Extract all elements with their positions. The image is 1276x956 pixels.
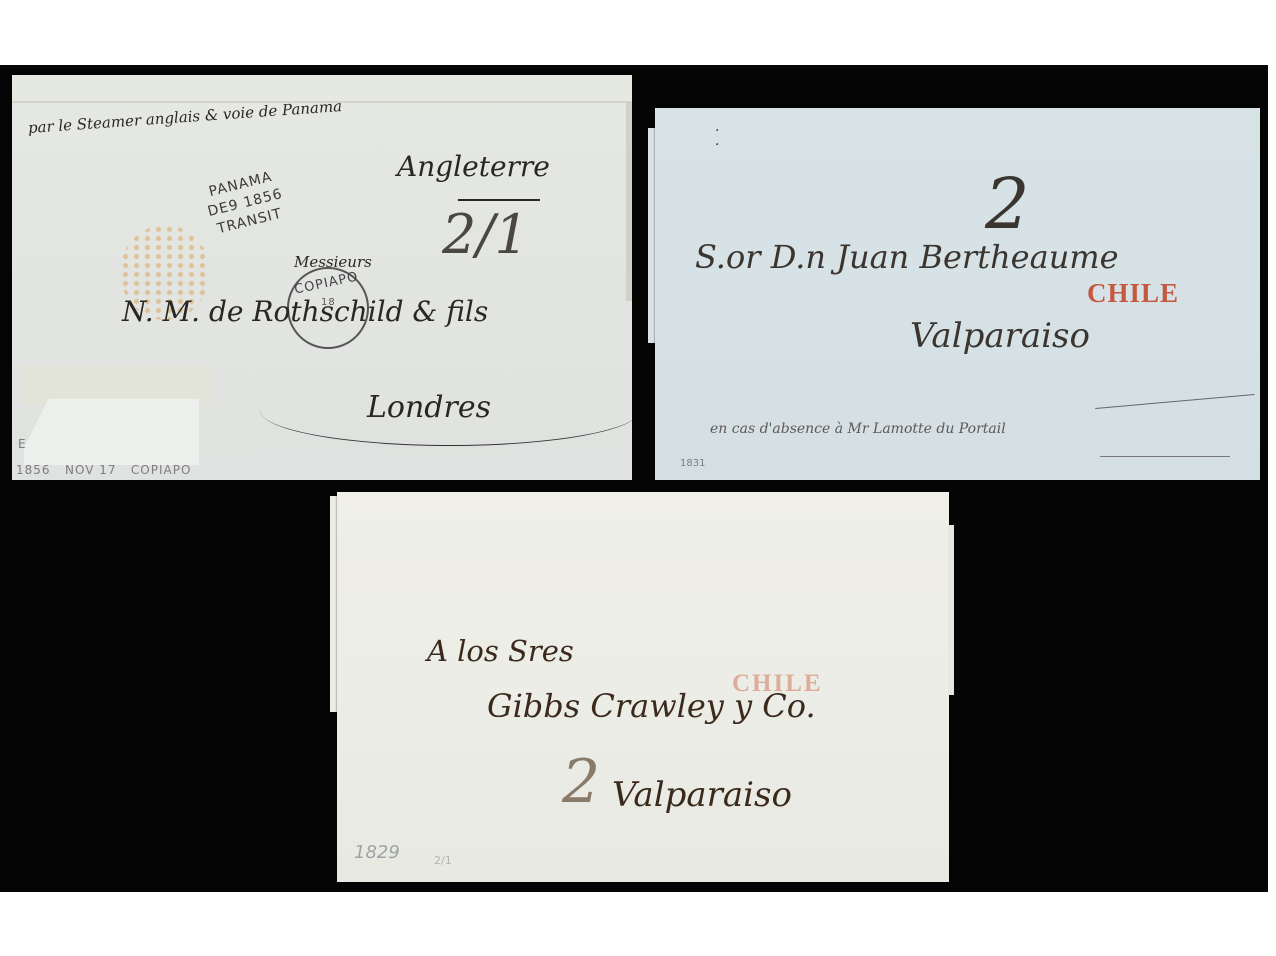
salutation: Messieurs xyxy=(294,253,372,271)
chile-handstamp: CHILE xyxy=(1087,278,1179,309)
care-of-note: en cas d'absence à Mr Lamotte du Portail xyxy=(710,421,1006,437)
underline xyxy=(458,199,540,201)
city: Valparaiso xyxy=(612,775,792,815)
city: Londres xyxy=(367,390,491,425)
city: Valparaiso xyxy=(910,316,1090,356)
cover-bertheaume-valparaiso: ·· 2 S.or D.n Juan Bertheaume CHILE Valp… xyxy=(655,108,1260,480)
route-endorsement: par le Steamer anglais & voie de Panama xyxy=(27,97,342,137)
ink-dots: ·· xyxy=(715,124,719,152)
pencil-note: 1856 NOV 17 COPIAPO xyxy=(16,463,191,477)
pencil-note-small: 2/1 xyxy=(434,854,452,867)
cover-edge xyxy=(948,525,954,695)
addressee: N. M. de Rothschild & fils xyxy=(122,295,488,328)
addressee: S.or D.n Juan Bertheaume xyxy=(695,238,1119,276)
panama-transit-handstamp: PANAMA DE9 1856 TRANSIT xyxy=(201,167,289,241)
underline xyxy=(1100,456,1230,457)
destination-country: Angleterre xyxy=(397,150,550,183)
rate-marking: 2 xyxy=(985,163,1030,245)
cover-rothschild-londres: par le Steamer anglais & voie de Panama … xyxy=(12,75,632,480)
side-flap xyxy=(626,101,632,301)
cover-gibbs-valparaiso: A los Sres CHILE Gibbs Crawley y Co. 2 V… xyxy=(337,492,949,882)
addressee: Gibbs Crawley y Co. xyxy=(487,687,816,725)
underline xyxy=(1095,394,1254,409)
pencil-note: 1831 xyxy=(680,458,705,469)
pencil-note: 1829 xyxy=(354,842,400,863)
rate-marking: 2/1 xyxy=(442,203,529,266)
salutation: A los Sres xyxy=(427,634,574,668)
pencil-letter: E xyxy=(18,437,26,451)
rate-marking: 2 xyxy=(562,747,600,817)
